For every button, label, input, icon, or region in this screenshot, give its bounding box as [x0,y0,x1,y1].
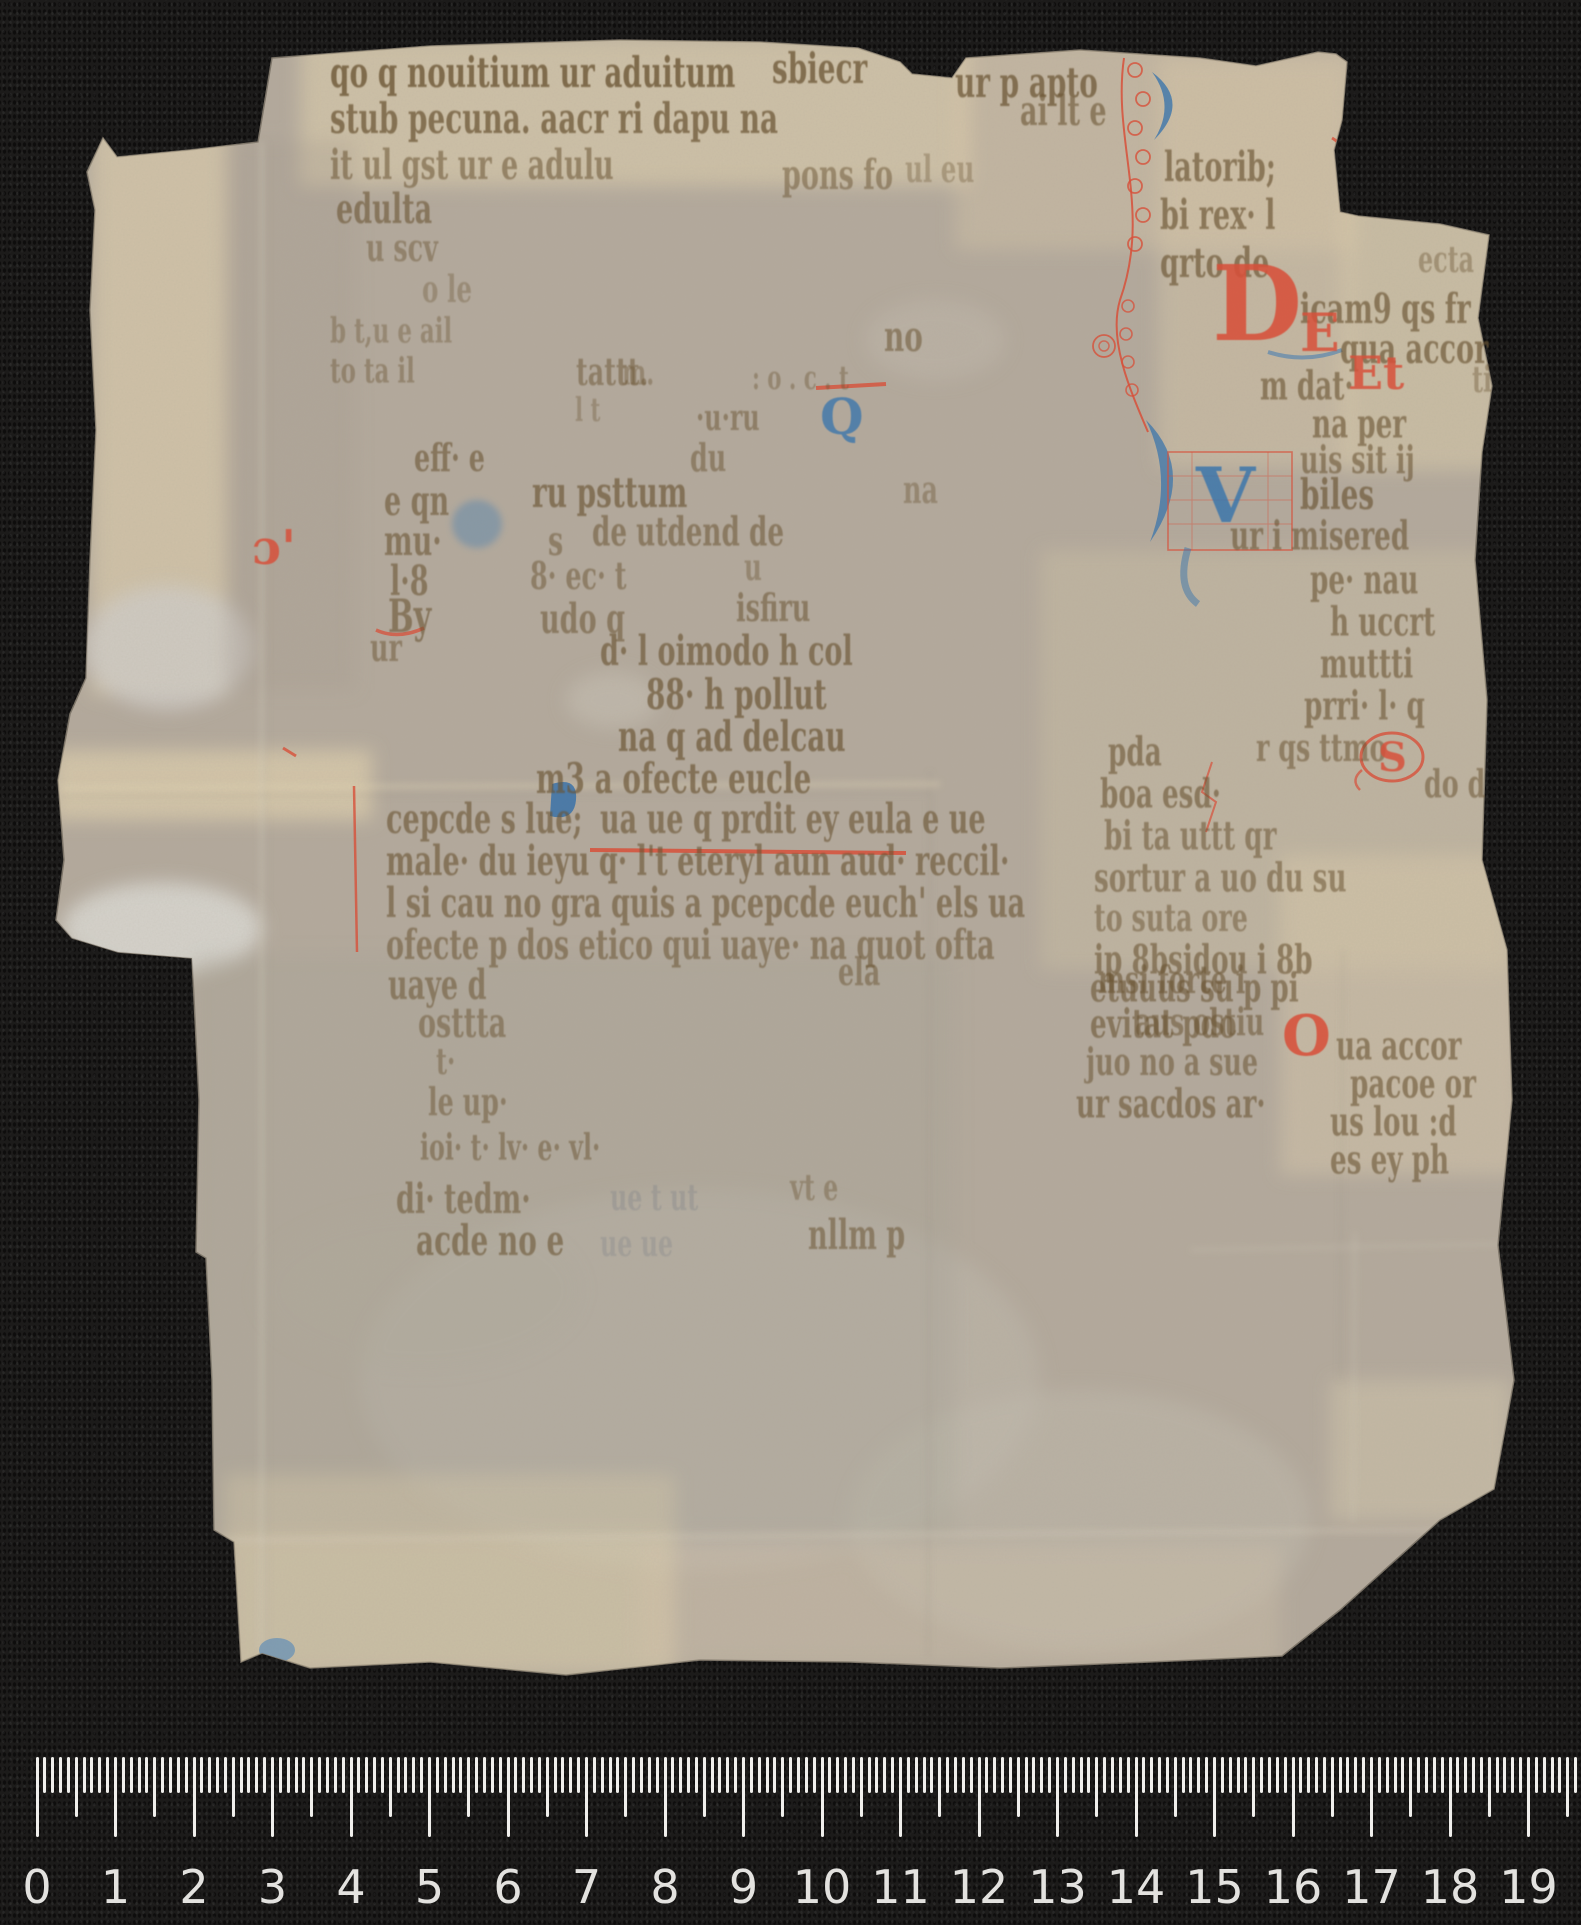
ruler-tick [428,1757,431,1837]
ruler-tick [797,1757,800,1793]
ruler-tick [1142,1757,1145,1793]
ruler-tick [946,1757,949,1793]
ruler-tick [624,1757,627,1817]
ruler-tick [1221,1757,1224,1793]
ruler-tick [899,1757,902,1837]
ruler-tick [1299,1757,1302,1793]
ruler-tick [789,1757,792,1793]
ruler-tick [51,1757,54,1793]
ruler-tick [452,1757,455,1793]
ruler-tick [208,1757,211,1793]
ruler-tick [1150,1757,1153,1793]
ruler-tick [1339,1757,1342,1793]
ruler-tick [601,1757,604,1793]
ruler-tick [271,1757,274,1837]
ruler-tick [59,1757,62,1793]
ruler-tick [1276,1757,1279,1793]
ruler-tick [1213,1757,1216,1837]
ruler-tick [852,1757,855,1793]
ruler-tick [1449,1757,1452,1837]
ruler-tick [491,1757,494,1793]
ruler-tick [420,1757,423,1793]
ruler-tick [703,1757,706,1817]
ruler-tick [813,1757,816,1793]
ruler-tick [302,1757,305,1793]
ruler-tick [1441,1757,1444,1793]
ruler-tick [561,1757,564,1793]
ruler-tick [200,1757,203,1793]
ruler-tick [766,1757,769,1793]
ruler-tick [930,1757,933,1793]
ruler-tick [569,1757,572,1793]
ruler-tick [522,1757,525,1793]
ruler-tick [954,1757,957,1793]
ruler-tick [1048,1757,1051,1793]
ruler-tick [585,1757,588,1837]
ruler-tick [98,1757,101,1793]
ruler-tick [1315,1757,1318,1793]
ruler-tick [891,1757,894,1793]
ruler-tick [483,1757,486,1793]
ruler-tick [632,1757,635,1793]
ruler-tick [295,1757,298,1793]
ruler-tick [883,1757,886,1793]
ruler-tick [616,1757,619,1793]
ruler-tick [350,1757,353,1837]
ruler-tick [1040,1757,1043,1793]
ruler-tick [970,1757,973,1793]
ruler-tick [1119,1757,1122,1793]
ruler-tick [169,1757,172,1793]
ruler-tick [695,1757,698,1793]
ruler-tick [1417,1757,1420,1793]
ruler-tick [138,1757,141,1793]
ruler-tick [1032,1757,1035,1793]
ruler-tick [1362,1757,1365,1793]
ruler-tick [1574,1757,1577,1793]
ruler-tick [1472,1757,1475,1793]
ruler-tick [1386,1757,1389,1793]
ruler-tick [216,1757,219,1793]
ruler-tick [1268,1757,1271,1793]
ruler-tick [1095,1757,1098,1817]
ruler-tick [664,1757,667,1837]
ruler-tick [577,1757,580,1793]
ruler-tick [1135,1757,1138,1837]
ruler-tick [232,1757,235,1817]
ruler-tick [1488,1757,1491,1817]
ruler-tick [1244,1757,1247,1793]
ruler-tick [1511,1757,1514,1793]
ruler-tick [310,1757,313,1817]
ruler-tick [467,1757,470,1817]
ruler-tick [1205,1757,1208,1793]
ruler-tick [985,1757,988,1793]
ruler-tick [475,1757,478,1793]
ruler-tick [1103,1757,1106,1793]
ruler-tick [255,1757,258,1793]
ruler-tick [687,1757,690,1793]
ruler-tick [844,1757,847,1793]
ruler-tick [828,1757,831,1793]
ruler-tick [67,1757,70,1793]
ruler-tick [36,1757,39,1837]
ruler-tick [1197,1757,1200,1793]
ruler-tick [773,1757,776,1793]
ruler-tick [122,1757,125,1793]
ruler-tick [1323,1757,1326,1793]
ruler-tick [444,1757,447,1793]
ruler-tick [1025,1757,1028,1793]
ruler-tick [875,1757,878,1793]
ruler-tick [1480,1757,1483,1793]
ruler-tick [514,1757,517,1793]
ruler-tick [1017,1757,1020,1817]
ruler-tick [373,1757,376,1793]
ruler-tick [1307,1757,1310,1793]
ruler-tick [1009,1757,1012,1793]
photo-stage: qo q nouitium ur aduitumsbiecrur p aptos… [0,0,1581,1925]
ruler: 012345678910111213141516171819 [0,0,1581,1925]
ruler-tick [130,1757,133,1793]
ruler-tick [106,1757,109,1793]
ruler-tick [1284,1757,1287,1793]
ruler-tick [412,1757,415,1793]
ruler-tick [318,1757,321,1793]
ruler-tick [742,1757,745,1837]
ruler-tick [1252,1757,1255,1817]
ruler-tick [459,1757,462,1793]
ruler-tick [1127,1757,1130,1793]
ruler-tick [1566,1757,1569,1817]
ruler-tick [1456,1757,1459,1793]
ruler-tick [1503,1757,1506,1793]
ruler-tick [334,1757,337,1793]
ruler-tick [821,1757,824,1837]
ruler-tick [1496,1757,1499,1793]
ruler-tick [114,1757,117,1837]
ruler-tick [1425,1757,1428,1793]
ruler-tick [1527,1757,1530,1837]
ruler-tick [1087,1757,1090,1793]
ruler-tick [546,1757,549,1817]
ruler-tick [1346,1757,1349,1793]
ruler-tick [1292,1757,1295,1837]
ruler-tick [1433,1757,1436,1793]
ruler-tick [1331,1757,1334,1817]
ruler-tick [1260,1757,1263,1793]
ruler-tick [938,1757,941,1817]
ruler-tick [75,1757,78,1817]
ruler-tick [1072,1757,1075,1793]
ruler-tick [145,1757,148,1793]
ruler-tick [1237,1757,1240,1793]
ruler-tick [279,1757,282,1793]
ruler-tick [648,1757,651,1793]
ruler-tick [1056,1757,1059,1837]
ruler-tick [1551,1757,1554,1793]
ruler-tick [868,1757,871,1793]
ruler-tick [978,1757,981,1837]
ruler-tick [750,1757,753,1793]
ruler-tick [915,1757,918,1793]
ruler-tick [530,1757,533,1793]
ruler-tick [240,1757,243,1793]
ruler-tick [593,1757,596,1793]
ruler-tick [726,1757,729,1793]
ruler-tick [923,1757,926,1793]
ruler-tick [1182,1757,1185,1793]
ruler-tick [153,1757,156,1817]
ruler-tick [1409,1757,1412,1817]
ruler-tick [224,1757,227,1793]
ruler-tick [609,1757,612,1793]
ruler-tick [1111,1757,1114,1793]
ruler-tick [365,1757,368,1793]
ruler-tick [381,1757,384,1793]
ruler-tick [1001,1757,1004,1793]
ruler-tick [1166,1757,1169,1793]
ruler-tick [263,1757,266,1793]
ruler-tick [83,1757,86,1793]
ruler-tick [907,1757,910,1793]
ruler-tick [507,1757,510,1837]
ruler-tick [1189,1757,1192,1793]
ruler-tick [679,1757,682,1793]
ruler-tick [1229,1757,1232,1793]
ruler-tick [193,1757,196,1837]
ruler-tick [1370,1757,1373,1837]
ruler-tick [43,1757,46,1793]
ruler-tick [1378,1757,1381,1793]
ruler-tick [90,1757,93,1793]
ruler-tick [993,1757,996,1793]
ruler-tick [1558,1757,1561,1793]
ruler-tick [640,1757,643,1793]
ruler-tick [247,1757,250,1793]
ruler-tick [1080,1757,1083,1793]
ruler-tick [1394,1757,1397,1793]
ruler-tick [161,1757,164,1793]
ruler-tick [671,1757,674,1793]
ruler-tick [499,1757,502,1793]
ruler-tick [1064,1757,1067,1793]
ruler-tick [357,1757,360,1793]
ruler-tick [1354,1757,1357,1793]
ruler-tick [711,1757,714,1793]
ruler-tick [962,1757,965,1793]
ruler-tick [554,1757,557,1793]
ruler-tick [1174,1757,1177,1817]
ruler-tick [836,1757,839,1793]
ruler-tick [389,1757,392,1817]
ruler-tick [397,1757,400,1793]
ruler-tick [326,1757,329,1793]
ruler-label: 19 [1481,1860,1577,1914]
ruler-tick [404,1757,407,1793]
ruler-tick [342,1757,345,1793]
ruler-tick [860,1757,863,1817]
ruler-tick [287,1757,290,1793]
ruler-tick [436,1757,439,1793]
ruler-tick [805,1757,808,1793]
ruler-tick [1158,1757,1161,1793]
ruler-tick [656,1757,659,1793]
ruler-tick [185,1757,188,1793]
ruler-tick [1543,1757,1546,1793]
ruler-tick [758,1757,761,1793]
ruler-tick [1401,1757,1404,1793]
ruler-tick [1519,1757,1522,1793]
ruler-tick [718,1757,721,1793]
ruler-tick [1535,1757,1538,1793]
ruler-tick [734,1757,737,1793]
ruler-tick [781,1757,784,1817]
ruler-tick [1464,1757,1467,1793]
ruler-tick [538,1757,541,1793]
ruler-tick [177,1757,180,1793]
